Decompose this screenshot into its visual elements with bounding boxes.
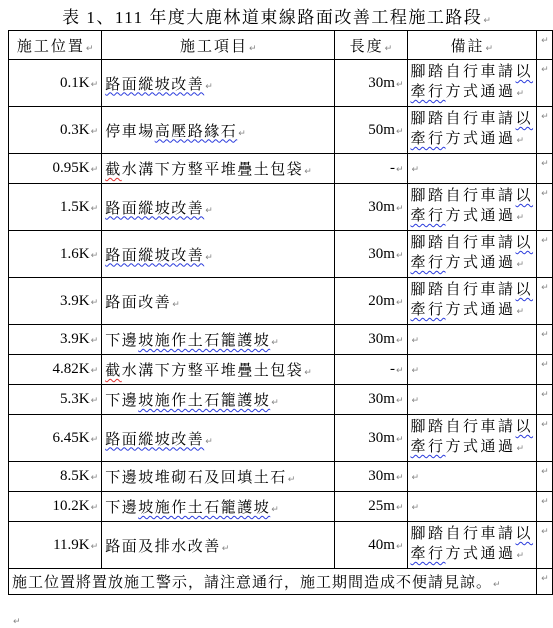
- paragraph-mark: ↵: [396, 542, 404, 552]
- cell-project: 下邊坡施作土石籠護坡↵: [102, 385, 335, 415]
- paragraph-mark: ↵: [412, 165, 420, 175]
- paragraph-mark: ↵: [91, 473, 99, 483]
- remark-line-2: 牽行方式通過↵: [411, 544, 534, 566]
- remark-text: 方式通過: [446, 84, 516, 100]
- remark-line-1: 腳踏自行車請以: [411, 524, 534, 544]
- table-row: 3.9K↵路面改善↵20m↵腳踏自行車請以牽行方式通過↵↵: [9, 278, 553, 325]
- remark-line-1: 腳踏自行車請以: [411, 417, 534, 437]
- paragraph-mark: ↵: [91, 503, 99, 513]
- remark-line-2: 牽行方式通過↵: [411, 437, 534, 459]
- remark-text: 腳踏自行車請: [411, 526, 516, 542]
- paragraph-mark: ↵: [91, 336, 99, 346]
- length-value: 30m: [368, 331, 395, 347]
- cell-length: 40m↵: [335, 522, 407, 569]
- paragraph-mark: ↵: [541, 420, 549, 430]
- cell-remark: 腳踏自行車請以牽行方式通過↵: [407, 522, 537, 569]
- paragraph-mark: ↵: [238, 129, 246, 139]
- remark-text-flagged: 牽行: [411, 255, 446, 271]
- cell-project: 路面縱坡改善↵: [102, 231, 335, 278]
- project-text: 停車場: [105, 124, 155, 140]
- remark-text: 方式通過: [446, 208, 516, 224]
- paragraph-mark: ↵: [288, 475, 296, 485]
- paragraph-mark: ↵: [517, 136, 525, 146]
- paragraph-mark: ↵: [493, 580, 501, 590]
- cell-length: 25m↵: [335, 492, 407, 522]
- length-value: 30m: [368, 430, 395, 446]
- project-text: 水溝下方整平堆疊土包袋: [122, 162, 304, 178]
- header-project-label: 施工項目: [180, 39, 248, 55]
- cell-project: 路面及排水改善↵: [102, 522, 335, 569]
- project-text-flagged: 高壓路緣石: [155, 124, 238, 140]
- length-value: 50m: [368, 122, 395, 138]
- cell-length: 30m↵: [335, 415, 407, 462]
- paragraph-mark: ↵: [13, 617, 21, 627]
- paragraph-mark: ↵: [486, 44, 494, 54]
- row-end-mark-cell: ↵: [537, 325, 553, 355]
- paragraph-mark: ↵: [517, 551, 525, 561]
- remark-line-2: 牽行方式通過↵: [411, 129, 534, 151]
- paragraph-mark: ↵: [517, 307, 525, 317]
- cell-project: 路面改善↵: [102, 278, 335, 325]
- paragraph-mark: ↵: [541, 390, 549, 400]
- cell-remark: 腳踏自行車請以牽行方式通過↵: [407, 184, 537, 231]
- paragraph-mark: ↵: [271, 398, 279, 408]
- paragraph-mark: ↵: [271, 505, 279, 515]
- row-end-mark-cell: ↵: [537, 569, 553, 595]
- remark-text: 腳踏自行車請: [411, 235, 516, 251]
- cell-remark: ↵: [407, 492, 537, 522]
- location-value: 0.95K: [53, 160, 90, 176]
- cell-length: -↵: [335, 355, 407, 385]
- cell-length: 30m↵: [335, 231, 407, 278]
- project-text: 水溝下方整平堆疊土包袋: [122, 363, 304, 379]
- remark-text-flagged: 以: [516, 235, 534, 251]
- paragraph-mark: ↵: [541, 236, 549, 246]
- remark-text-flagged: 牽行: [411, 439, 446, 455]
- project-text-flagged: 路面縱坡改善: [105, 77, 204, 93]
- cell-remark: 腳踏自行車請以牽行方式通過↵: [407, 60, 537, 107]
- row-end-mark-cell: ↵: [537, 31, 553, 60]
- paragraph-mark: ↵: [541, 189, 549, 199]
- cell-length: -↵: [335, 154, 407, 184]
- paragraph-mark: ↵: [91, 542, 99, 552]
- remark-line-2: 牽行方式通過↵: [411, 253, 534, 275]
- remark-text: 方式通過: [446, 439, 516, 455]
- paragraph-mark: ↵: [412, 473, 420, 483]
- paragraph-mark: ↵: [91, 366, 99, 376]
- row-end-mark-cell: ↵: [537, 355, 553, 385]
- cell-location: 8.5K↵: [9, 462, 102, 492]
- location-value: 0.1K: [60, 75, 90, 91]
- length-value: 30m: [368, 468, 395, 484]
- row-end-mark-cell: ↵: [537, 385, 553, 415]
- paragraph-mark: ↵: [396, 435, 404, 445]
- row-end-mark-cell: ↵: [537, 462, 553, 492]
- paragraph-mark: ↵: [541, 360, 549, 370]
- cell-project: 路面縱坡改善↵: [102, 184, 335, 231]
- paragraph-mark: ↵: [541, 283, 549, 293]
- remark-text: 腳踏自行車請: [411, 64, 516, 80]
- paragraph-mark: ↵: [271, 338, 279, 348]
- paragraph-mark: ↵: [412, 396, 420, 406]
- row-end-mark-cell: ↵: [537, 231, 553, 278]
- table-row: 1.5K↵路面縱坡改善↵30m↵腳踏自行車請以牽行方式通過↵↵: [9, 184, 553, 231]
- table-header-row: 施工位置↵ 施工項目↵ 長度↵ 備註↵ ↵: [9, 31, 553, 60]
- footer-notice-text: 施工位置將置放施工警示，請注意通行，施工期間造成不便請見諒。: [12, 575, 492, 591]
- length-value: 40m: [368, 537, 395, 553]
- paragraph-mark: ↵: [396, 80, 404, 90]
- paragraph-mark: ↵: [91, 127, 99, 137]
- length-value: 30m: [368, 75, 395, 91]
- cell-location: 0.1K↵: [9, 60, 102, 107]
- paragraph-mark: ↵: [222, 544, 230, 554]
- remark-line-1: 腳踏自行車請以: [411, 62, 534, 82]
- paragraph-mark: ↵: [517, 444, 525, 454]
- remark-text-flagged: 牽行: [411, 302, 446, 318]
- paragraph-mark: ↵: [396, 251, 404, 261]
- cell-project: 停車場高壓路緣石↵: [102, 107, 335, 154]
- location-value: 3.9K: [60, 331, 90, 347]
- remark-line-1: 腳踏自行車請以: [411, 186, 534, 206]
- paragraph-mark: ↵: [396, 298, 404, 308]
- location-value: 11.9K: [53, 537, 90, 553]
- footer-notice: 施工位置將置放施工警示，請注意通行，施工期間造成不便請見諒。↵: [9, 569, 537, 595]
- remark-text: 方式通過: [446, 131, 516, 147]
- paragraph-mark: ↵: [396, 204, 404, 214]
- remark-text: 方式通過: [446, 546, 516, 562]
- paragraph-mark: ↵: [541, 467, 549, 477]
- remark-text: 方式通過: [446, 255, 516, 271]
- paragraph-mark: ↵: [412, 366, 420, 376]
- paragraph-mark: ↵: [385, 44, 393, 54]
- row-end-mark-cell: ↵: [537, 415, 553, 462]
- paragraph-mark: ↵: [205, 206, 213, 216]
- length-value: 30m: [368, 246, 395, 262]
- paragraph-mark: ↵: [541, 65, 549, 75]
- header-length: 長度↵: [335, 31, 407, 60]
- cell-location: 0.3K↵: [9, 107, 102, 154]
- cell-remark: ↵: [407, 385, 537, 415]
- remark-line-1: 腳踏自行車請以: [411, 233, 534, 253]
- cell-length: 30m↵: [335, 60, 407, 107]
- project-text-flagged: 截: [105, 363, 122, 379]
- paragraph-mark: ↵: [541, 527, 549, 537]
- location-value: 4.82K: [53, 361, 90, 377]
- remark-text: 腳踏自行車請: [411, 282, 516, 298]
- remark-text: 腳踏自行車請: [411, 188, 516, 204]
- project-text: 路面改善: [105, 295, 171, 311]
- row-end-mark-cell: ↵: [537, 522, 553, 569]
- cell-location: 5.3K↵: [9, 385, 102, 415]
- cell-location: 11.9K↵: [9, 522, 102, 569]
- remark-text-flagged: 牽行: [411, 131, 446, 147]
- length-value: -: [390, 160, 395, 176]
- trailing-paragraph-mark: ↵: [12, 611, 21, 628]
- paragraph-mark: ↵: [396, 336, 404, 346]
- header-length-label: 長度: [350, 39, 384, 55]
- paragraph-mark: ↵: [304, 368, 312, 378]
- project-text-flagged: 截: [105, 162, 122, 178]
- paragraph-mark: ↵: [517, 89, 525, 99]
- project-text: 下邊: [105, 393, 138, 409]
- paragraph-mark: ↵: [541, 574, 549, 584]
- location-value: 6.45K: [53, 430, 90, 446]
- table-row: 8.5K↵下邊坡堆砌石及回填土石↵30m↵↵↵: [9, 462, 553, 492]
- project-text: 路面及排水改善: [105, 539, 221, 555]
- remark-text-flagged: 以: [516, 282, 534, 298]
- paragraph-mark: ↵: [541, 497, 549, 507]
- cell-length: 20m↵: [335, 278, 407, 325]
- row-end-mark-cell: ↵: [537, 492, 553, 522]
- project-text-flagged: 坡施作土石籠護坡: [138, 333, 270, 349]
- cell-remark: ↵: [407, 355, 537, 385]
- location-value: 5.3K: [60, 391, 90, 407]
- cell-remark: ↵: [407, 462, 537, 492]
- table-body: 0.1K↵路面縱坡改善↵30m↵腳踏自行車請以牽行方式通過↵↵0.3K↵停車場高…: [9, 60, 553, 569]
- header-location-label: 施工位置: [17, 39, 85, 55]
- cell-location: 3.9K↵: [9, 278, 102, 325]
- paragraph-mark: ↵: [91, 396, 99, 406]
- remark-line-1: 腳踏自行車請以: [411, 280, 534, 300]
- paragraph-mark: ↵: [412, 503, 420, 513]
- table-footer-row: 施工位置將置放施工警示，請注意通行，施工期間造成不便請見諒。↵ ↵: [9, 569, 553, 595]
- paragraph-mark: ↵: [91, 165, 99, 175]
- project-text: 下邊坡堆砌石及回填土石: [105, 470, 287, 486]
- project-text: 下邊: [105, 333, 138, 349]
- location-value: 3.9K: [60, 293, 90, 309]
- table-row: 11.9K↵路面及排水改善↵40m↵腳踏自行車請以牽行方式通過↵↵: [9, 522, 553, 569]
- remark-text-flagged: 以: [516, 526, 534, 542]
- length-value: -: [390, 361, 395, 377]
- cell-project: 路面縱坡改善↵: [102, 415, 335, 462]
- paragraph-mark: ↵: [91, 435, 99, 445]
- paragraph-mark: ↵: [396, 503, 404, 513]
- paragraph-mark: ↵: [412, 336, 420, 346]
- remark-text: 腳踏自行車請: [411, 419, 516, 435]
- location-value: 1.6K: [60, 246, 90, 262]
- location-value: 1.5K: [60, 199, 90, 215]
- paragraph-mark: ↵: [205, 437, 213, 447]
- remark-text-flagged: 以: [516, 188, 534, 204]
- construction-sections-table: 施工位置↵ 施工項目↵ 長度↵ 備註↵ ↵ 0.1K↵路面縱坡改善↵30m↵腳踏…: [8, 30, 553, 595]
- cell-location: 1.6K↵: [9, 231, 102, 278]
- project-text-flagged: 路面縱坡改善: [105, 201, 204, 217]
- table-row: 4.82K↵截水溝下方整平堆疊土包袋↵-↵↵↵: [9, 355, 553, 385]
- cell-remark: 腳踏自行車請以牽行方式通過↵: [407, 278, 537, 325]
- header-remark-label: 備註: [451, 39, 485, 55]
- location-value: 0.3K: [60, 122, 90, 138]
- cell-remark: 腳踏自行車請以牽行方式通過↵: [407, 231, 537, 278]
- paragraph-mark: ↵: [91, 251, 99, 261]
- row-end-mark-cell: ↵: [537, 278, 553, 325]
- row-end-mark-cell: ↵: [537, 60, 553, 107]
- header-project: 施工項目↵: [102, 31, 335, 60]
- paragraph-mark: ↵: [249, 44, 257, 54]
- remark-text-flagged: 以: [516, 64, 534, 80]
- paragraph-mark: ↵: [86, 44, 94, 54]
- table-caption: 表 1、111 年度大鹿林道東線路面改善工程施工路段↵: [0, 3, 553, 28]
- cell-length: 30m↵: [335, 462, 407, 492]
- paragraph-mark: ↵: [91, 298, 99, 308]
- paragraph-mark: ↵: [304, 167, 312, 177]
- length-value: 30m: [368, 199, 395, 215]
- remark-line-1: 腳踏自行車請以: [411, 109, 534, 129]
- length-value: 30m: [368, 391, 395, 407]
- length-value: 20m: [368, 293, 395, 309]
- remark-text-flagged: 以: [516, 111, 534, 127]
- paragraph-mark: ↵: [483, 16, 491, 26]
- table-row: 3.9K↵下邊坡施作土石籠護坡↵30m↵↵↵: [9, 325, 553, 355]
- paragraph-mark: ↵: [205, 253, 213, 263]
- paragraph-mark: ↵: [91, 80, 99, 90]
- remark-text: 方式通過: [446, 302, 516, 318]
- paragraph-mark: ↵: [396, 473, 404, 483]
- remark-text-flagged: 牽行: [411, 546, 446, 562]
- header-location: 施工位置↵: [9, 31, 102, 60]
- project-text-flagged: 路面縱坡改善: [105, 432, 204, 448]
- table-caption-text: 表 1、111 年度大鹿林道東線路面改善工程施工路段: [62, 8, 482, 27]
- table-row: 0.1K↵路面縱坡改善↵30m↵腳踏自行車請以牽行方式通過↵↵: [9, 60, 553, 107]
- remark-text-flagged: 牽行: [411, 208, 446, 224]
- cell-remark: ↵: [407, 325, 537, 355]
- cell-project: 截水溝下方整平堆疊土包袋↵: [102, 355, 335, 385]
- table-row: 0.95K↵截水溝下方整平堆疊土包袋↵-↵↵↵: [9, 154, 553, 184]
- length-value: 25m: [368, 498, 395, 514]
- cell-length: 30m↵: [335, 385, 407, 415]
- row-end-mark-cell: ↵: [537, 184, 553, 231]
- cell-remark: 腳踏自行車請以牽行方式通過↵: [407, 415, 537, 462]
- cell-remark: ↵: [407, 154, 537, 184]
- paragraph-mark: ↵: [205, 82, 213, 92]
- table-row: 5.3K↵下邊坡施作土石籠護坡↵30m↵↵↵: [9, 385, 553, 415]
- paragraph-mark: ↵: [541, 159, 549, 169]
- row-end-mark-cell: ↵: [537, 107, 553, 154]
- cell-length: 30m↵: [335, 184, 407, 231]
- cell-location: 6.45K↵: [9, 415, 102, 462]
- paragraph-mark: ↵: [396, 127, 404, 137]
- paragraph-mark: ↵: [396, 396, 404, 406]
- table-row: 6.45K↵路面縱坡改善↵30m↵腳踏自行車請以牽行方式通過↵↵: [9, 415, 553, 462]
- paragraph-mark: ↵: [396, 366, 404, 376]
- cell-length: 50m↵: [335, 107, 407, 154]
- remark-line-2: 牽行方式通過↵: [411, 82, 534, 104]
- cell-length: 30m↵: [335, 325, 407, 355]
- paragraph-mark: ↵: [396, 165, 404, 175]
- cell-project: 下邊坡堆砌石及回填土石↵: [102, 462, 335, 492]
- project-text-flagged: 坡施作土石籠護坡: [138, 393, 270, 409]
- header-remark: 備註↵: [407, 31, 537, 60]
- cell-location: 1.5K↵: [9, 184, 102, 231]
- paragraph-mark: ↵: [517, 213, 525, 223]
- table-row: 1.6K↵路面縱坡改善↵30m↵腳踏自行車請以牽行方式通過↵↵: [9, 231, 553, 278]
- paragraph-mark: ↵: [541, 330, 549, 340]
- paragraph-mark: ↵: [541, 36, 549, 46]
- cell-project: 下邊坡施作土石籠護坡↵: [102, 492, 335, 522]
- paragraph-mark: ↵: [541, 112, 549, 122]
- remark-text: 腳踏自行車請: [411, 111, 516, 127]
- project-text: 下邊: [105, 500, 138, 516]
- cell-project: 下邊坡施作土石籠護坡↵: [102, 325, 335, 355]
- remark-text-flagged: 以: [516, 419, 534, 435]
- remark-text-flagged: 牽行: [411, 84, 446, 100]
- remark-line-2: 牽行方式通過↵: [411, 206, 534, 228]
- remark-line-2: 牽行方式通過↵: [411, 300, 534, 322]
- cell-location: 10.2K↵: [9, 492, 102, 522]
- cell-project: 路面縱坡改善↵: [102, 60, 335, 107]
- table-row: 10.2K↵下邊坡施作土石籠護坡↵25m↵↵↵: [9, 492, 553, 522]
- paragraph-mark: ↵: [517, 260, 525, 270]
- row-end-mark-cell: ↵: [537, 154, 553, 184]
- cell-location: 0.95K↵: [9, 154, 102, 184]
- paragraph-mark: ↵: [172, 300, 180, 310]
- table-row: 0.3K↵停車場高壓路緣石↵50m↵腳踏自行車請以牽行方式通過↵↵: [9, 107, 553, 154]
- paragraph-mark: ↵: [91, 204, 99, 214]
- project-text-flagged: 路面縱坡改善: [105, 248, 204, 264]
- cell-project: 截水溝下方整平堆疊土包袋↵: [102, 154, 335, 184]
- location-value: 8.5K: [60, 468, 90, 484]
- cell-remark: 腳踏自行車請以牽行方式通過↵: [407, 107, 537, 154]
- project-text-flagged: 坡施作土石籠護坡: [138, 500, 270, 516]
- cell-location: 3.9K↵: [9, 325, 102, 355]
- cell-location: 4.82K↵: [9, 355, 102, 385]
- location-value: 10.2K: [53, 498, 90, 514]
- document-page: 表 1、111 年度大鹿林道東線路面改善工程施工路段↵ 施工位置↵ 施工項目↵ …: [0, 0, 553, 628]
